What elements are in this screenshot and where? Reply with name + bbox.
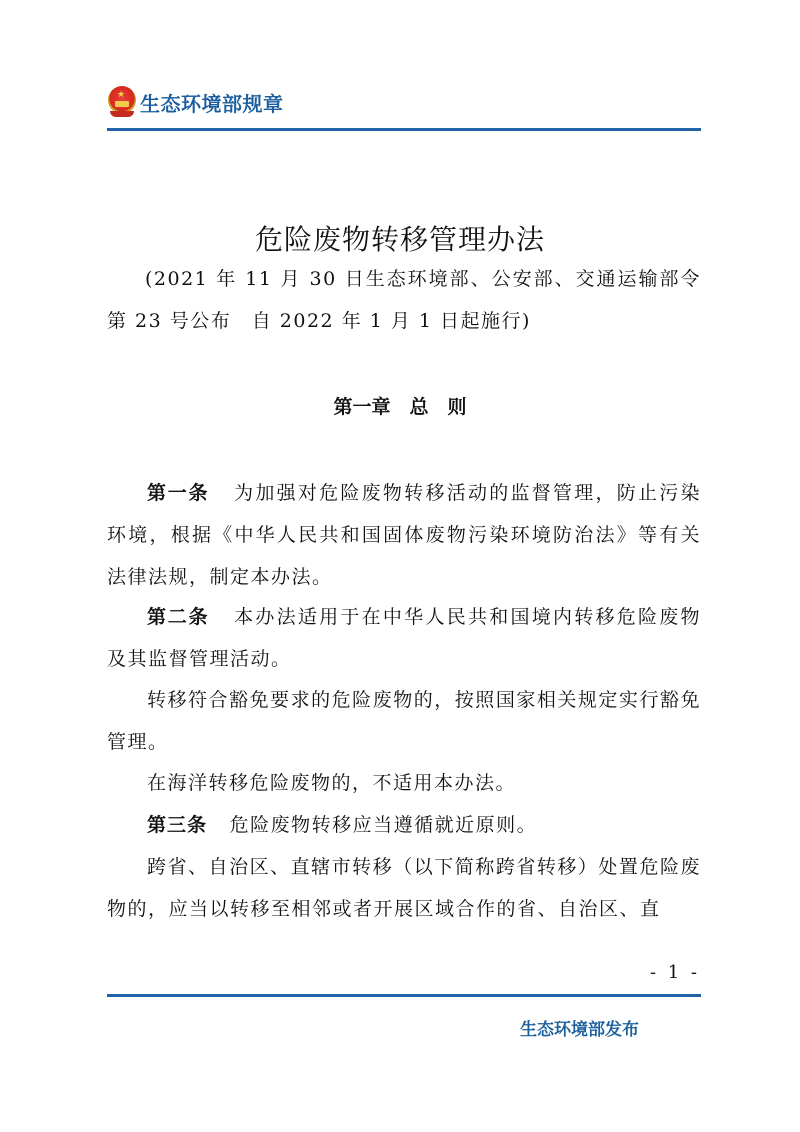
header-divider	[107, 128, 701, 131]
paragraph: 在海洋转移危险废物的，不适用本办法。	[107, 762, 701, 804]
article-text: 危险废物转移应当遵循就近原则。	[230, 814, 538, 836]
header-title: 生态环境部规章	[140, 88, 284, 117]
chapter-heading: 第一章 总 则	[0, 392, 800, 419]
paragraph: 转移符合豁免要求的危险废物的，按照国家相关规定实行豁免管理。	[107, 679, 701, 763]
article-3: 第三条 危险废物转移应当遵循就近原则。	[107, 804, 701, 846]
article-1: 第一条 为加强对危险废物转移活动的监督管理，防止污染环境，根据《中华人民共和国固…	[107, 472, 701, 598]
document-title: 危险废物转移管理办法	[0, 218, 800, 258]
article-2: 第二条 本办法适用于在中华人民共和国境内转移危险废物及其监督管理活动。	[107, 596, 701, 680]
article-label: 第一条	[147, 482, 209, 504]
document-subtitle: (2021 年 11 月 30 日生态环境部、公安部、交通运输部令第 23 号公…	[107, 258, 701, 342]
footer-publisher: 生态环境部发布	[520, 1015, 639, 1040]
page-number: - 1 -	[650, 962, 700, 983]
footer-divider	[107, 994, 701, 997]
national-emblem-icon: ★	[107, 86, 137, 118]
article-label: 第二条	[147, 606, 209, 628]
page-header: ★ 生态环境部规章	[107, 84, 284, 120]
article-label: 第三条	[147, 814, 207, 836]
paragraph: 跨省、自治区、直辖市转移（以下简称跨省转移）处置危险废物的，应当以转移至相邻或者…	[107, 846, 701, 930]
